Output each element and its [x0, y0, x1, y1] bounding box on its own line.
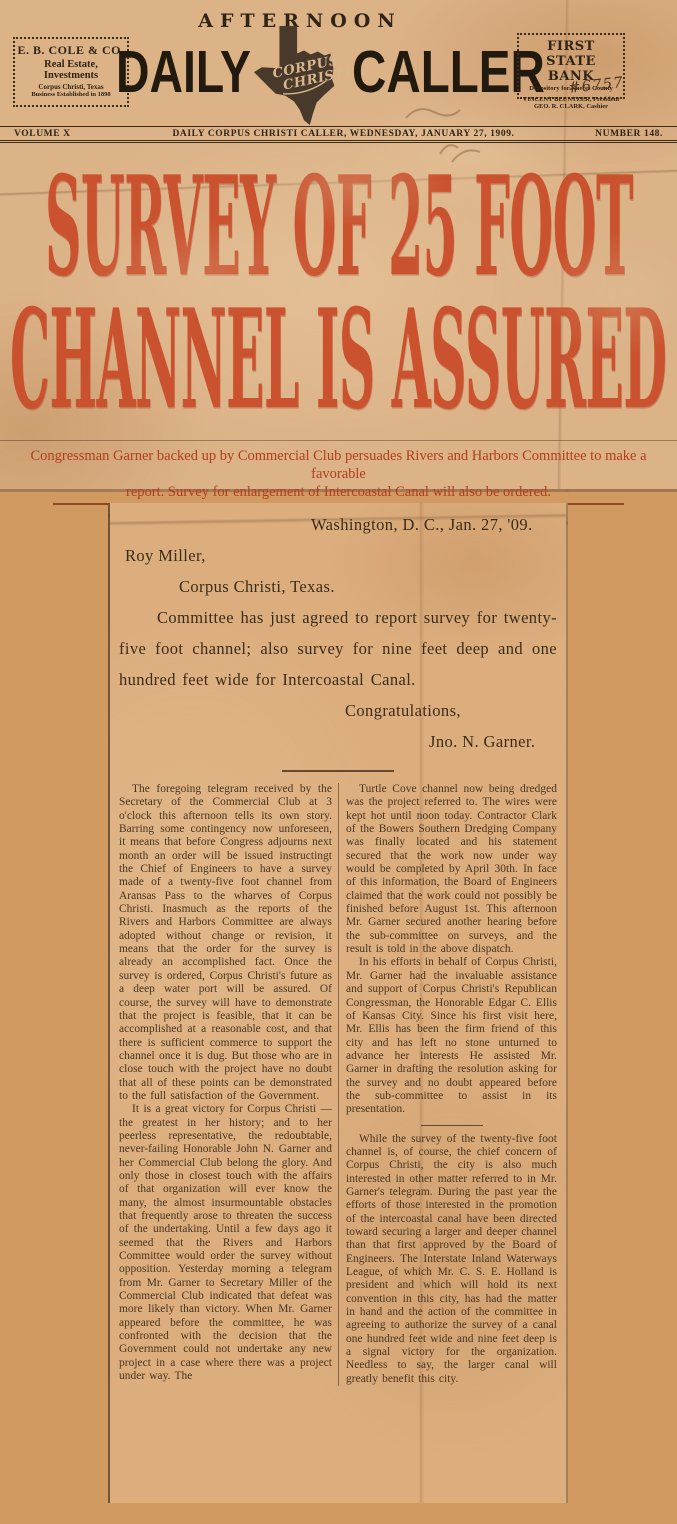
advert-bank-president: VINCENT BLUNTZER, President [521, 96, 621, 103]
advert-bank-cashier: GEO. R. CLARK, Cashier [521, 103, 621, 110]
article-paragraph: Turtle Cove channel now being dredged wa… [346, 783, 557, 956]
advert-cole-established: Business Established in 1898 [17, 91, 125, 98]
news-clipping: Washington, D. C., Jan. 27, '09. Roy Mil… [108, 503, 568, 1503]
article-paragraph: It is a great victory for Corpus Christi… [119, 1103, 332, 1383]
article-columns: The foregoing telegram received by the S… [119, 783, 557, 1386]
telegram-dateline: Washington, D. C., Jan. 27, '09. [119, 509, 557, 540]
advert-cole-box: E. B. COLE & CO. Real Estate, Investment… [13, 37, 129, 107]
texas-logo: CORPUS CHRISTI [252, 24, 350, 132]
article-paragraph: While the survey of the twenty-five foot… [346, 1133, 557, 1387]
volume-label: VOLUME X [14, 129, 134, 139]
advert-cole-name: E. B. COLE & CO. [17, 43, 125, 58]
main-headline: SURVEY OF 25 FOOT CHANNEL IS ASSURED [0, 160, 677, 426]
front-page-sheet: AFTERNOON E. B. COLE & CO. Real Estate, … [0, 0, 677, 492]
article-paragraph: In his efforts in behalf of Corpus Chris… [346, 956, 557, 1116]
advert-cole-city: Corpus Christi, Texas [17, 83, 125, 91]
newspaper-scan: AFTERNOON E. B. COLE & CO. Real Estate, … [0, 0, 677, 1524]
telegram-body: Committee has just agreed to report surv… [119, 602, 557, 695]
subheadline: Congressman Garner backed up by Commerci… [0, 440, 677, 505]
nameplate-daily: DAILY [116, 38, 251, 106]
dateline-rule-row: VOLUME X DAILY CORPUS CHRISTI CALLER, WE… [0, 126, 677, 143]
issue-number-label: NUMBER 148. [553, 129, 663, 139]
article-paragraph: The foregoing telegram received by the S… [119, 783, 332, 1103]
article-left-column: The foregoing telegram received by the S… [119, 783, 338, 1386]
subhead-line-1: Congressman Garner backed up by Commerci… [28, 447, 649, 483]
telegram-closing: Congratulations, [119, 695, 557, 726]
section-divider [421, 1125, 483, 1126]
section-divider [282, 770, 394, 772]
telegram-address-city: Corpus Christi, Texas. [119, 571, 557, 602]
advert-cole-services: Real Estate, Investments [17, 59, 125, 81]
subhead-line-2: report. Survey for enlargement of Interc… [126, 484, 551, 500]
headline-line-2: CHANNEL IS ASSURED [10, 279, 667, 440]
telegram-signature: Jno. N. Garner. [119, 726, 557, 757]
telegram-block: Washington, D. C., Jan. 27, '09. Roy Mil… [119, 509, 557, 757]
telegram-addressee: Roy Miller, [119, 540, 557, 571]
article-right-column: Turtle Cove channel now being dredged wa… [338, 783, 557, 1386]
